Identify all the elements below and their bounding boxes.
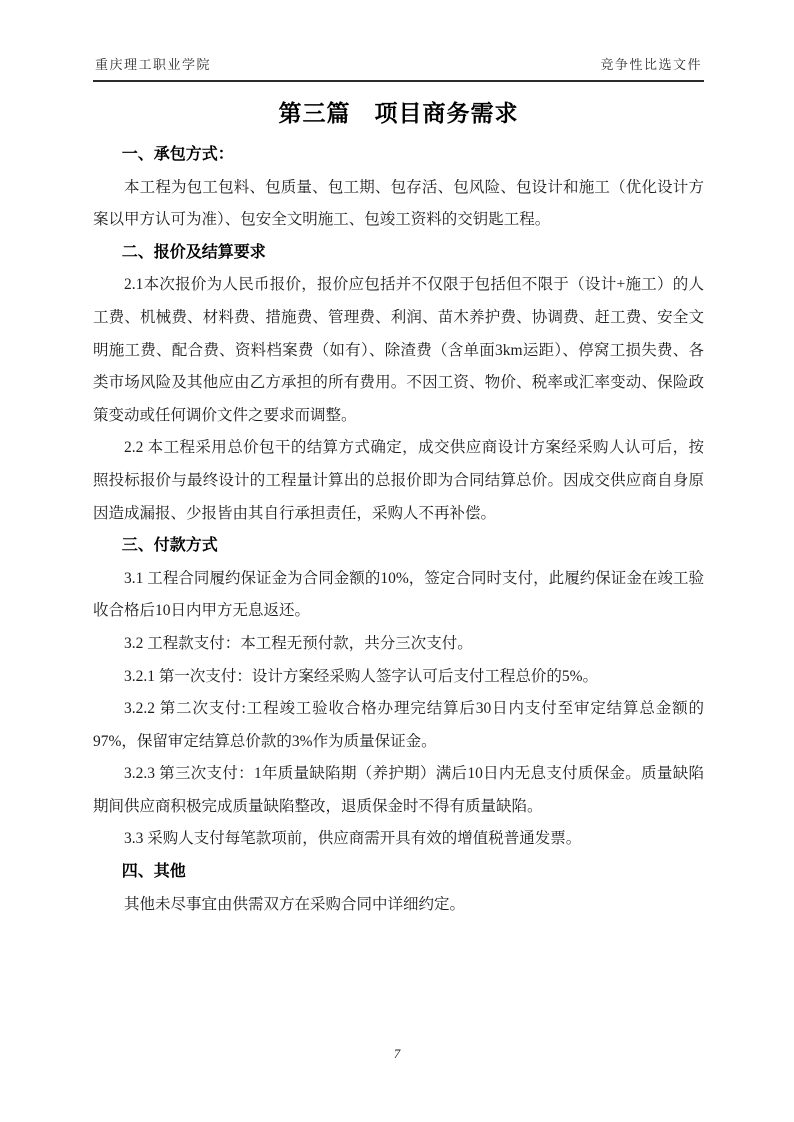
document-page: 重庆理工职业学院 竞争性比选文件 第三篇 项目商务需求 一、承包方式： 本工程为… xyxy=(0,0,794,1122)
header-left-text: 重庆理工职业学院 xyxy=(95,54,211,73)
paragraph-2-1: 2.1本次报价为人民币报价，报价应包括并不仅限于包括但不限于（设计+施工）的人工… xyxy=(93,269,704,432)
page-footer: 7 xyxy=(0,1046,794,1062)
paragraph-3-2: 3.2 工程款支付：本工程无预付款，共分三次支付。 xyxy=(93,628,704,661)
paragraph-other: 其他未尽事宜由供需双方在采购合同中详细约定。 xyxy=(93,889,704,922)
paragraph-3-1: 3.1 工程合同履约保证金为合同金额的10%，签定合同时支付，此履约保证金在竣工… xyxy=(93,563,704,628)
header-right-text: 竞争性比选文件 xyxy=(600,54,702,73)
section-quotation-settlement: 二、报价及结算要求 2.1本次报价为人民币报价，报价应包括并不仅限于包括但不限于… xyxy=(93,237,704,530)
paragraph-3-2-2: 3.2.2 第二次支付:工程竣工验收合格办理完结算后30日内支付至审定结算总金额… xyxy=(93,693,704,758)
section-payment-method: 三、付款方式 3.1 工程合同履约保证金为合同金额的10%，签定合同时支付，此履… xyxy=(93,530,704,856)
document-title: 第三篇 项目商务需求 xyxy=(93,95,704,128)
paragraph-2-2: 2.2 本工程采用总价包干的结算方式确定，成交供应商设计方案经采购人认可后，按照… xyxy=(93,432,704,530)
section-contracting-method: 一、承包方式： 本工程为包工包料、包质量、包工期、包存活、包风险、包设计和施工（… xyxy=(93,139,704,237)
page-number: 7 xyxy=(394,1046,401,1061)
section-heading: 二、报价及结算要求 xyxy=(93,237,704,270)
paragraph-3-3: 3.3 采购人支付每笔款项前，供应商需开具有效的增值税普通发票。 xyxy=(93,823,704,856)
paragraph-3-2-1: 3.2.1 第一次支付：设计方案经采购人签字认可后支付工程总价的5%。 xyxy=(93,661,704,694)
section-heading: 四、其他 xyxy=(93,856,704,889)
document-body: 一、承包方式： 本工程为包工包料、包质量、包工期、包存活、包风险、包设计和施工（… xyxy=(93,139,704,921)
section-heading: 一、承包方式： xyxy=(93,139,704,172)
section-other: 四、其他 其他未尽事宜由供需双方在采购合同中详细约定。 xyxy=(93,856,704,921)
header-rule xyxy=(93,80,704,82)
paragraph-3-2-3: 3.2.3 第三次支付：1年质量缺陷期（养护期）满后10日内无息支付质保金。质量… xyxy=(93,758,704,823)
paragraph-contracting-scope: 本工程为包工包料、包质量、包工期、包存活、包风险、包设计和施工（优化设计方案以甲… xyxy=(93,172,704,237)
section-heading: 三、付款方式 xyxy=(93,530,704,563)
page-header: 重庆理工职业学院 竞争性比选文件 xyxy=(93,54,704,80)
